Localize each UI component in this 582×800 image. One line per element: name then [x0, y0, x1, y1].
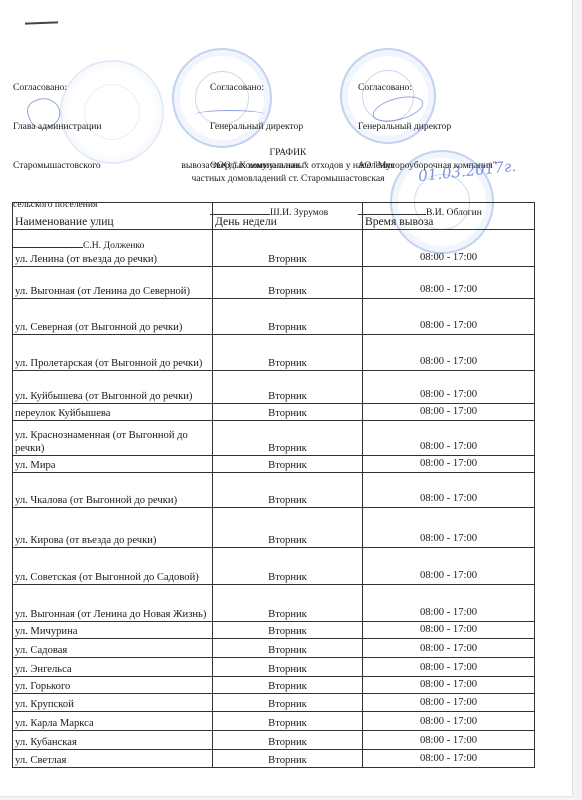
time-cell: 08:00 - 17:00 — [363, 267, 535, 299]
table-row: переулок КуйбышеваВторник08:00 - 17:00 — [13, 404, 535, 421]
time-cell: 08:00 - 17:00 — [363, 456, 535, 473]
street-cell: ул. Чкалова (от Выгонной до речки) — [13, 473, 213, 508]
time-cell: 08:00 - 17:00 — [363, 421, 535, 456]
document-subtitle-line1: вывоза твердых коммунальных отходов у на… — [0, 159, 579, 172]
document-page: Согласовано: Глава администрации Старомы… — [0, 0, 573, 797]
time-cell: 08:00 - 17:00 — [363, 658, 535, 677]
table-row: ул. Ленина (от въезда до речки)Вторник08… — [13, 230, 535, 267]
time-cell: 08:00 - 17:00 — [363, 622, 535, 639]
street-cell: ул. Крупской — [13, 694, 213, 712]
day-cell: Вторник — [213, 508, 363, 548]
table-row: ул. ГорькогоВторник08:00 - 17:00 — [13, 677, 535, 694]
table-row: ул. СадоваяВторник08:00 - 17:00 — [13, 639, 535, 658]
day-cell: Вторник — [213, 639, 363, 658]
approval-line: Генеральный директор — [210, 120, 328, 133]
table-row: ул. КрупскойВторник08:00 - 17:00 — [13, 694, 535, 712]
time-cell: 08:00 - 17:00 — [363, 335, 535, 371]
table-row: ул. Выгонная (от Ленина до Новая Жизнь)В… — [13, 585, 535, 622]
table-row: ул. Советская (от Выгонной до Садовой)Вт… — [13, 548, 535, 585]
document-subtitle-line2: частных домовладений ст. Старомышастовск… — [0, 172, 579, 185]
time-cell: 08:00 - 17:00 — [363, 585, 535, 622]
street-cell: переулок Куйбышева — [13, 404, 213, 421]
time-cell: 08:00 - 17:00 — [363, 508, 535, 548]
table-row: ул. Северная (от Выгонной до речки)Вторн… — [13, 299, 535, 335]
time-cell: 08:00 - 17:00 — [363, 712, 535, 731]
street-cell: ул. Куйбышева (от Выгонной до речки) — [13, 371, 213, 404]
time-cell: 08:00 - 17:00 — [363, 750, 535, 768]
day-cell: Вторник — [213, 421, 363, 456]
table-row: ул. ЭнгельсаВторник08:00 - 17:00 — [13, 658, 535, 677]
approval-line: Глава администрации — [13, 120, 144, 133]
table-row: ул. Чкалова (от Выгонной до речки)Вторни… — [13, 473, 535, 508]
street-cell: ул. Пролетарская (от Выгонной до речки) — [13, 335, 213, 371]
time-cell: 08:00 - 17:00 — [363, 299, 535, 335]
approval-line: Согласовано: — [13, 81, 144, 94]
time-cell: 08:00 - 17:00 — [363, 694, 535, 712]
day-cell: Вторник — [213, 456, 363, 473]
street-cell: ул. Кирова (от въезда до речки) — [13, 508, 213, 548]
approval-line: Согласовано: — [210, 81, 328, 94]
day-cell: Вторник — [213, 404, 363, 421]
table-row: ул. Краснознаменная (от Выгонной до речк… — [13, 421, 535, 456]
day-cell: Вторник — [213, 548, 363, 585]
street-cell: ул. Светлая — [13, 750, 213, 768]
street-cell: ул. Мичурина — [13, 622, 213, 639]
schedule-table: Наименование улиц День недели Время выво… — [12, 202, 535, 768]
table-row: ул. МичуринаВторник08:00 - 17:00 — [13, 622, 535, 639]
street-cell: ул. Энгельса — [13, 658, 213, 677]
time-cell: 08:00 - 17:00 — [363, 404, 535, 421]
approval-line: Согласовано: — [358, 81, 497, 94]
day-cell: Вторник — [213, 694, 363, 712]
street-cell: ул. Карла Маркса — [13, 712, 213, 731]
time-cell: 08:00 - 17:00 — [363, 731, 535, 750]
street-cell: ул. Выгонная (от Ленина до Северной) — [13, 267, 213, 299]
table-row: ул. СветлаяВторник08:00 - 17:00 — [13, 750, 535, 768]
document-title: ГРАФИК — [0, 146, 579, 159]
street-cell: ул. Выгонная (от Ленина до Новая Жизнь) — [13, 585, 213, 622]
street-cell: ул. Горького — [13, 677, 213, 694]
table-header-row: Наименование улиц День недели Время выво… — [13, 203, 535, 230]
table-row: ул. КубанскаяВторник08:00 - 17:00 — [13, 731, 535, 750]
street-cell: ул. Краснознаменная (от Выгонной до речк… — [13, 421, 213, 456]
street-cell: ул. Садовая — [13, 639, 213, 658]
table-row: ул. Кирова (от въезда до речки)Вторник08… — [13, 508, 535, 548]
day-cell: Вторник — [213, 731, 363, 750]
time-cell: 08:00 - 17:00 — [363, 473, 535, 508]
approval-line: Генеральный директор — [358, 120, 497, 133]
time-cell: 08:00 - 17:00 — [363, 677, 535, 694]
day-cell: Вторник — [213, 677, 363, 694]
table-row: ул. Выгонная (от Ленина до Северной)Втор… — [13, 267, 535, 299]
time-cell: 08:00 - 17:00 — [363, 230, 535, 267]
street-cell: ул. Северная (от Выгонной до речки) — [13, 299, 213, 335]
day-cell: Вторник — [213, 473, 363, 508]
street-cell: ул. Мира — [13, 456, 213, 473]
header-time: Время вывоза — [363, 203, 535, 230]
table-row: ул. Куйбышева (от Выгонной до речки)Втор… — [13, 371, 535, 404]
street-cell: ул. Кубанская — [13, 731, 213, 750]
table-row: ул. МираВторник08:00 - 17:00 — [13, 456, 535, 473]
day-cell: Вторник — [213, 622, 363, 639]
table-row: ул. Карла МарксаВторник08:00 - 17:00 — [13, 712, 535, 731]
street-cell: ул. Советская (от Выгонной до Садовой) — [13, 548, 213, 585]
day-cell: Вторник — [213, 335, 363, 371]
day-cell: Вторник — [213, 750, 363, 768]
header-day: День недели — [213, 203, 363, 230]
day-cell: Вторник — [213, 712, 363, 731]
street-cell: ул. Ленина (от въезда до речки) — [13, 230, 213, 267]
day-cell: Вторник — [213, 658, 363, 677]
table-row: ул. Пролетарская (от Выгонной до речки)В… — [13, 335, 535, 371]
day-cell: Вторник — [213, 299, 363, 335]
time-cell: 08:00 - 17:00 — [363, 639, 535, 658]
day-cell: Вторник — [213, 371, 363, 404]
day-cell: Вторник — [213, 585, 363, 622]
header-street: Наименование улиц — [13, 203, 213, 230]
day-cell: Вторник — [213, 267, 363, 299]
time-cell: 08:00 - 17:00 — [363, 548, 535, 585]
scan-mark — [25, 21, 58, 24]
time-cell: 08:00 - 17:00 — [363, 371, 535, 404]
day-cell: Вторник — [213, 230, 363, 267]
